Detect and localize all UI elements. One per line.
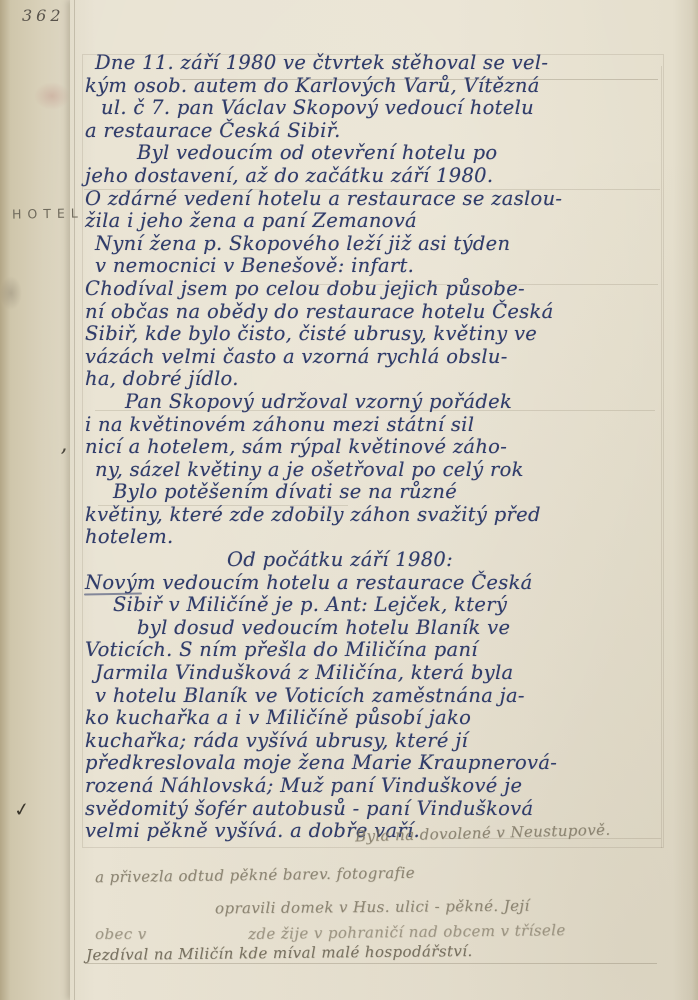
margin-apostrophe-mark: ’	[60, 446, 67, 471]
manuscript-line: kým osob. autem do Karlových Varů, Vítěz…	[85, 75, 663, 98]
manuscript-line: vázách velmi často a vzorná rychlá obslu…	[85, 346, 663, 369]
manuscript-line: žila i jeho žena a paní Zemanová	[85, 210, 663, 233]
manuscript-line: kuchařka; ráda vyšívá ubrusy, které jí	[85, 730, 663, 753]
manuscript-line: Byl vedoucím od otevření hotelu po	[137, 142, 663, 165]
ruled-line	[85, 963, 657, 964]
pencil-annotation: obec v	[95, 925, 147, 943]
manuscript-line: Voticích. S ním přešla do Miličína paní	[85, 639, 663, 662]
manuscript-line: Jarmila Vindušková z Miličína, která byl…	[95, 662, 663, 685]
pencil-annotation: opravili domek v Hus. ulici - pěkné. Jej…	[215, 897, 530, 918]
manuscript-line: rozená Náhlovská; Muž paní Vinduškové je	[85, 775, 663, 798]
margin-checkmark: ✓	[13, 798, 32, 822]
manuscript-line: nicí a hotelem, sám rýpal květinové záho…	[85, 436, 663, 459]
section-heading: Od počátku září 1980:	[227, 549, 663, 572]
manuscript-line: Sibiř v Miličíně je p. Ant: Lejček, kter…	[113, 594, 663, 617]
manuscript-text-block: Dne 11. září 1980 ve čtvrtek stěhoval se…	[85, 52, 663, 843]
manuscript-line: ko kuchařka a i v Miličíně působí jako	[85, 707, 663, 730]
manuscript-line: Bylo potěšením dívati se na různé	[113, 481, 663, 504]
manuscript-line: Pan Skopový udržoval vzorný pořádek	[125, 391, 663, 414]
manuscript-line: svědomitý šofér autobusů - paní Vinduško…	[85, 798, 663, 821]
manuscript-line: předkreslovala moje žena Marie Kraupnero…	[85, 752, 663, 775]
manuscript-line: Nyní žena p. Skopového leží již asi týde…	[95, 233, 663, 256]
manuscript-line: hotelem.	[85, 526, 663, 549]
manuscript-line: byl dosud vedoucím hotelu Blaník ve	[137, 617, 663, 640]
manuscript-line: v nemocnici v Benešově: infart.	[95, 255, 663, 278]
manuscript-line: ní občas na obědy do restaurace hotelu Č…	[85, 301, 663, 324]
manuscript-line: i na květinovém záhonu mezi státní sil	[85, 414, 663, 437]
manuscript-line: ha, dobré jídlo.	[85, 368, 663, 391]
manuscript-line: O zdárné vedení hotelu a restaurace se z…	[85, 188, 663, 211]
manuscript-line: Chodíval jsem po celou dobu jejich působ…	[85, 278, 663, 301]
manuscript-line: a restaurace Česká Sibiř.	[85, 120, 663, 143]
page-number: 362	[22, 6, 65, 25]
manuscript-line: v hotelu Blaník ve Voticích zaměstnána j…	[95, 685, 663, 708]
manuscript-line: květiny, které zde zdobily záhon svažitý…	[85, 504, 663, 527]
manuscript-line: Dne 11. září 1980 ve čtvrtek stěhoval se…	[95, 52, 663, 75]
manuscript-line: jeho dostavení, až do začátku září 1980.	[85, 165, 663, 188]
manuscript-line: Sibiř, kde bylo čisto, čisté ubrusy, kvě…	[85, 323, 663, 346]
ink-smudge	[34, 82, 70, 110]
hotel-margin-stamp: HOTEL	[12, 205, 84, 221]
manuscript-line: Novým vedoucím hotelu a restaurace Česká	[85, 572, 663, 595]
sheet-fold-edge	[74, 0, 75, 1000]
manuscript-line: ul. č 7. pan Václav Skopový vedoucí hote…	[101, 97, 663, 120]
manuscript-line: ny, sázel květiny a je ošetřoval po celý…	[95, 459, 663, 482]
margin-smudge	[0, 276, 22, 310]
